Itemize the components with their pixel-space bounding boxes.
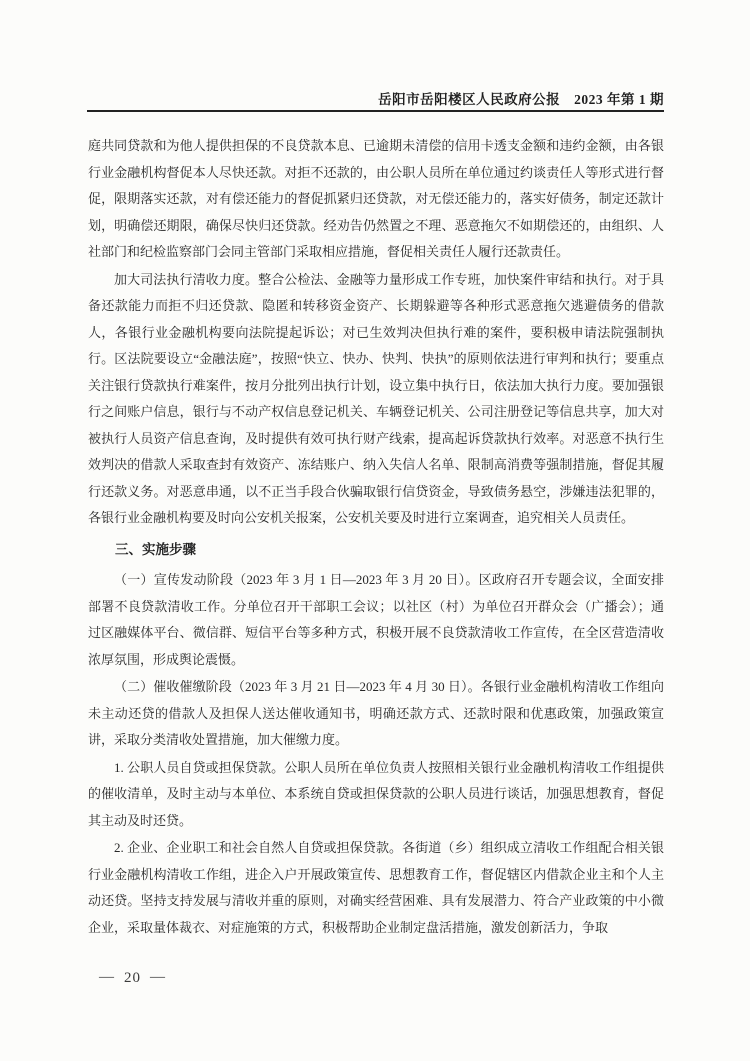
document-body: 庭共同贷款和为他人提供担保的不良贷款本息、已逾期未清偿的信用卡透支金额和违约金额… <box>88 132 664 941</box>
header-issue-label: 2023 年第 1 期 <box>574 92 664 107</box>
body-list-item-public-officials: 1. 公职人员自贷或担保贷款。公职人员所在单位负责人按照相关银行业金融机构清收工… <box>88 755 664 835</box>
body-paragraph-stage-2-collection: （二）催收催缴阶段（2023 年 3 月 21 日—2023 年 4 月 30 … <box>88 674 664 754</box>
section-heading-implementation-steps: 三、实施步骤 <box>88 537 664 564</box>
body-paragraph-judicial-enforcement: 加大司法执行清收力度。整合公检法、金融等力量形成工作专班，加快案件审结和执行。对… <box>88 267 664 532</box>
gazette-page: 岳阳市岳阳楼区人民政府公报2023 年第 1 期 庭共同贷款和为他人提供担保的不… <box>0 0 750 1061</box>
page-header: 岳阳市岳阳楼区人民政府公报2023 年第 1 期 <box>378 88 664 108</box>
body-paragraph-stage-1-publicity: （一）宣传发动阶段（2023 年 3 月 1 日—2023 年 3 月 20 日… <box>88 567 664 673</box>
body-list-item-enterprises: 2. 企业、企业职工和社会自然人自贷或担保贷款。各街道（乡）组织成立清收工作组配… <box>88 835 664 941</box>
page-footer: —20— <box>90 970 175 987</box>
header-rule <box>87 110 664 112</box>
footer-right-dash: — <box>150 969 166 986</box>
footer-left-dash: — <box>99 969 115 986</box>
body-paragraph-continuation: 庭共同贷款和为他人提供担保的不良贷款本息、已逾期未清偿的信用卡透支金额和违约金额… <box>88 133 664 266</box>
header-journal-title: 岳阳市岳阳楼区人民政府公报 <box>378 92 560 107</box>
page-number: 20 <box>124 970 141 986</box>
